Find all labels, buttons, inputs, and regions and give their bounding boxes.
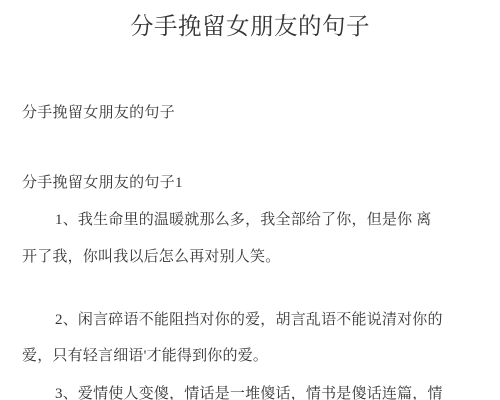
document-subtitle: 分手挽留女朋友的句子 — [22, 105, 175, 122]
page-title: 分手挽留女朋友的句子 — [0, 15, 500, 41]
document-page: 分手挽留女朋友的句子 分手挽留女朋友的句子 分手挽留女朋友的句子1 1、我生命里… — [0, 0, 500, 400]
section-heading: 分手挽留女朋友的句子1 — [22, 175, 183, 192]
paragraph-2-line-2: 爱，只有轻言细语'才能得到你的爱。 — [22, 348, 268, 365]
paragraph-3-line-1: 3、爱情使人变傻，情话是一堆傻话，情书是傻话连篇，情 — [55, 386, 443, 400]
paragraph-1-line-1: 1、我生命里的温暖就那么多，我全部给了你，但是你 离 — [55, 212, 431, 229]
paragraph-1-line-2: 开了我，你叫我以后怎么再对别人笑。 — [22, 249, 280, 266]
paragraph-2-line-1: 2、闲言碎语不能阻挡对你的爱，胡言乱语不能说清对你的 — [55, 312, 443, 329]
